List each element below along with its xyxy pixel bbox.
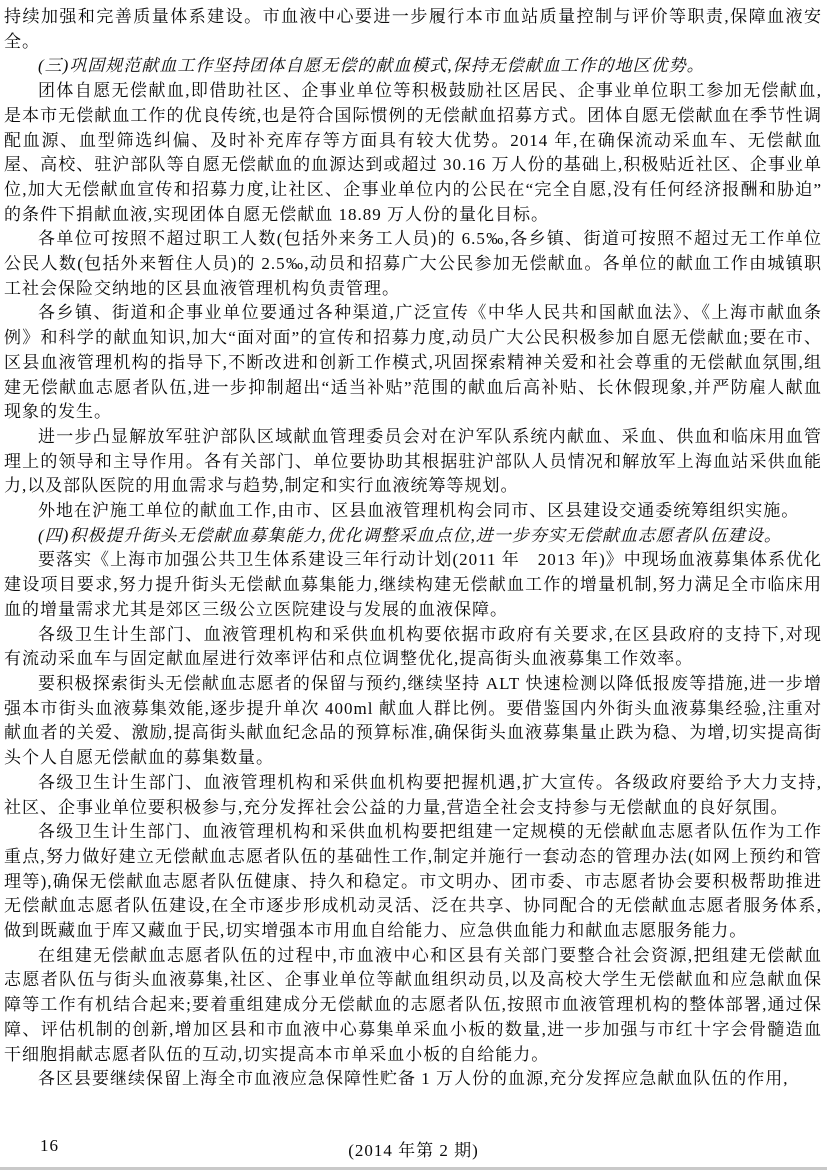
paragraph: 各区县要继续保留上海全市血液应急保障性贮备 1 万人份的血源,充分发挥应急献血队… xyxy=(4,1067,822,1092)
paragraph: 各级卫生计生部门、血液管理机构和采供血机构要把组建一定规模的无偿献血志愿者队伍作… xyxy=(4,820,822,944)
document-page: 持续加强和完善质量体系建设。市血液中心要进一步履行本市血站质量控制与评价等职责,… xyxy=(0,0,827,1170)
paragraph: 各级卫生计生部门、血液管理机构和采供血机构要把握机遇,扩大宣传。各级政府要给予大… xyxy=(4,771,822,820)
paragraph: 要积极探索街头无偿献血志愿者的保留与预约,继续坚持 ALT 快速检测以降低报废等… xyxy=(4,672,822,771)
section-heading: (四)积极提升街头无偿献血募集能力,优化调整采血点位,进一步夯实无偿献血志愿者队… xyxy=(4,524,822,549)
paragraph: 持续加强和完善质量体系建设。市血液中心要进一步履行本市血站质量控制与评价等职责,… xyxy=(4,5,822,54)
issue-label: (2014 年第 2 期) xyxy=(0,1136,827,1161)
paragraph: 各乡镇、街道和企事业单位要通过各种渠道,广泛宣传《中华人民共和国献血法》、《上海… xyxy=(4,301,822,425)
paragraph: 在组建无偿献血志愿者队伍的过程中,市血液中心和区县有关部门要整合社会资源,把组建… xyxy=(4,944,822,1068)
paragraph: 要落实《上海市加强公共卫生体系建设三年行动计划(2011 年 2013 年)》中… xyxy=(4,548,822,622)
page-number: 16 xyxy=(40,1136,59,1156)
section-heading: (三)巩固规范献血工作坚持团体自愿无偿的献血模式,保持无偿献血工作的地区优势。 xyxy=(4,54,822,79)
paragraph: 团体自愿无偿献血,即借助社区、企事业单位等积极鼓励社区居民、企事业单位职工参加无… xyxy=(4,79,822,227)
paragraph: 各单位可按照不超过职工人数(包括外来务工人员)的 6.5‰,各乡镇、街道可按照不… xyxy=(4,227,822,301)
paragraph: 进一步凸显解放军驻沪部队区域献血管理委员会对在沪军队系统内献血、采血、供血和临床… xyxy=(4,425,822,499)
paragraph: 外地在沪施工单位的献血工作,由市、区县血液管理机构会同市、区县建设交通委统筹组织… xyxy=(4,499,822,524)
paragraph: 各级卫生计生部门、血液管理机构和采供血机构要依据市政府有关要求,在区县政府的支持… xyxy=(4,623,822,672)
page-footer: 16 (2014 年第 2 期) xyxy=(0,1136,827,1158)
document-body: 持续加强和完善质量体系建设。市血液中心要进一步履行本市血站质量控制与评价等职责,… xyxy=(0,0,827,1092)
